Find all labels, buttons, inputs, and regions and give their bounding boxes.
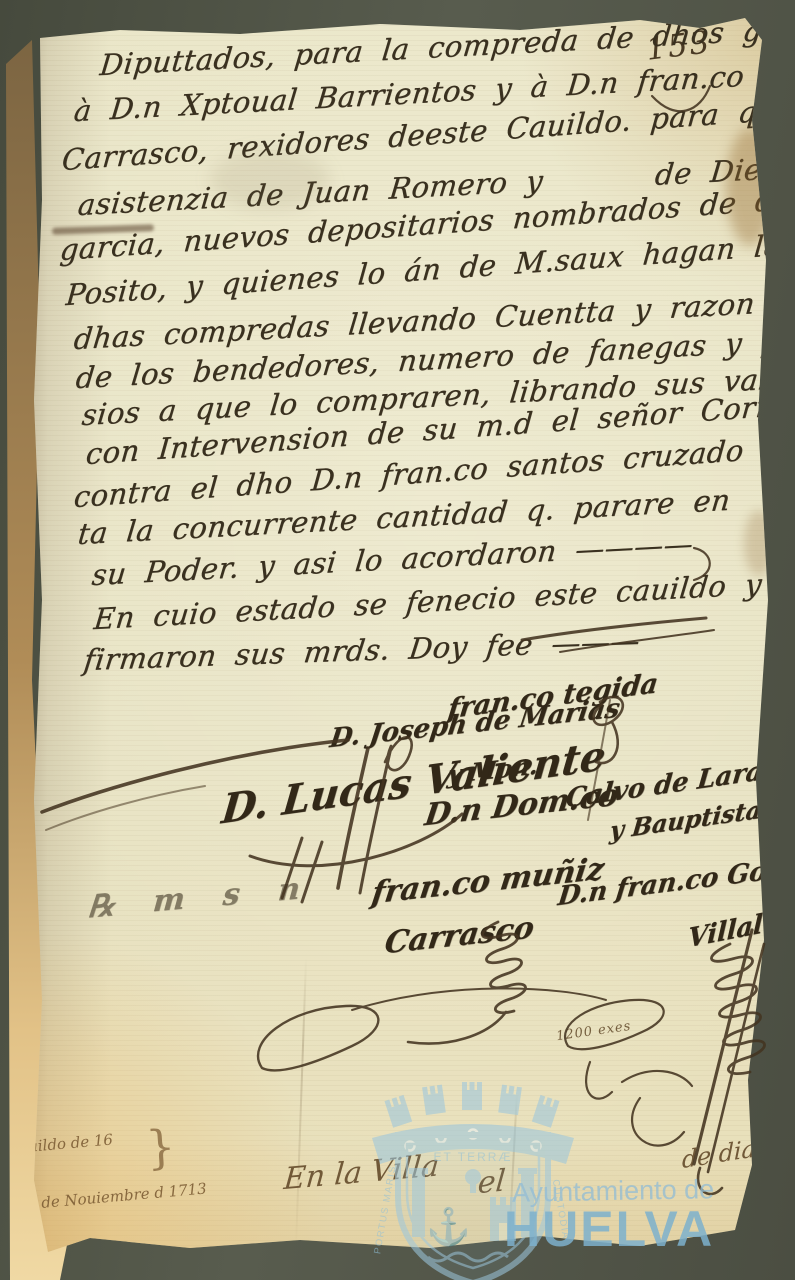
ink-notation: 1200 exes bbox=[555, 1019, 632, 1044]
rubric-marks: ℞ m s n bbox=[86, 870, 315, 925]
waves-icon bbox=[428, 1253, 508, 1261]
bottom-line-fragment: el bbox=[476, 1163, 506, 1201]
bottom-line-fragment: En la Villa bbox=[282, 1148, 440, 1197]
signature: Villalu.a bbox=[687, 900, 795, 954]
margin-note-line: de Nouiembre d 1713 bbox=[41, 1179, 208, 1211]
bottom-line-fragment: de dias bbox=[682, 1132, 768, 1174]
margin-note-brace: } bbox=[144, 1119, 177, 1175]
crease-line bbox=[295, 958, 307, 1248]
signature: Carrasco bbox=[382, 910, 536, 961]
crease-line bbox=[508, 1092, 518, 1244]
archive-scan: 153 Diputtados, para la compreda de dhos… bbox=[0, 0, 795, 1280]
paper-sheet: 153 Diputtados, para la compreda de dhos… bbox=[0, 0, 795, 1280]
